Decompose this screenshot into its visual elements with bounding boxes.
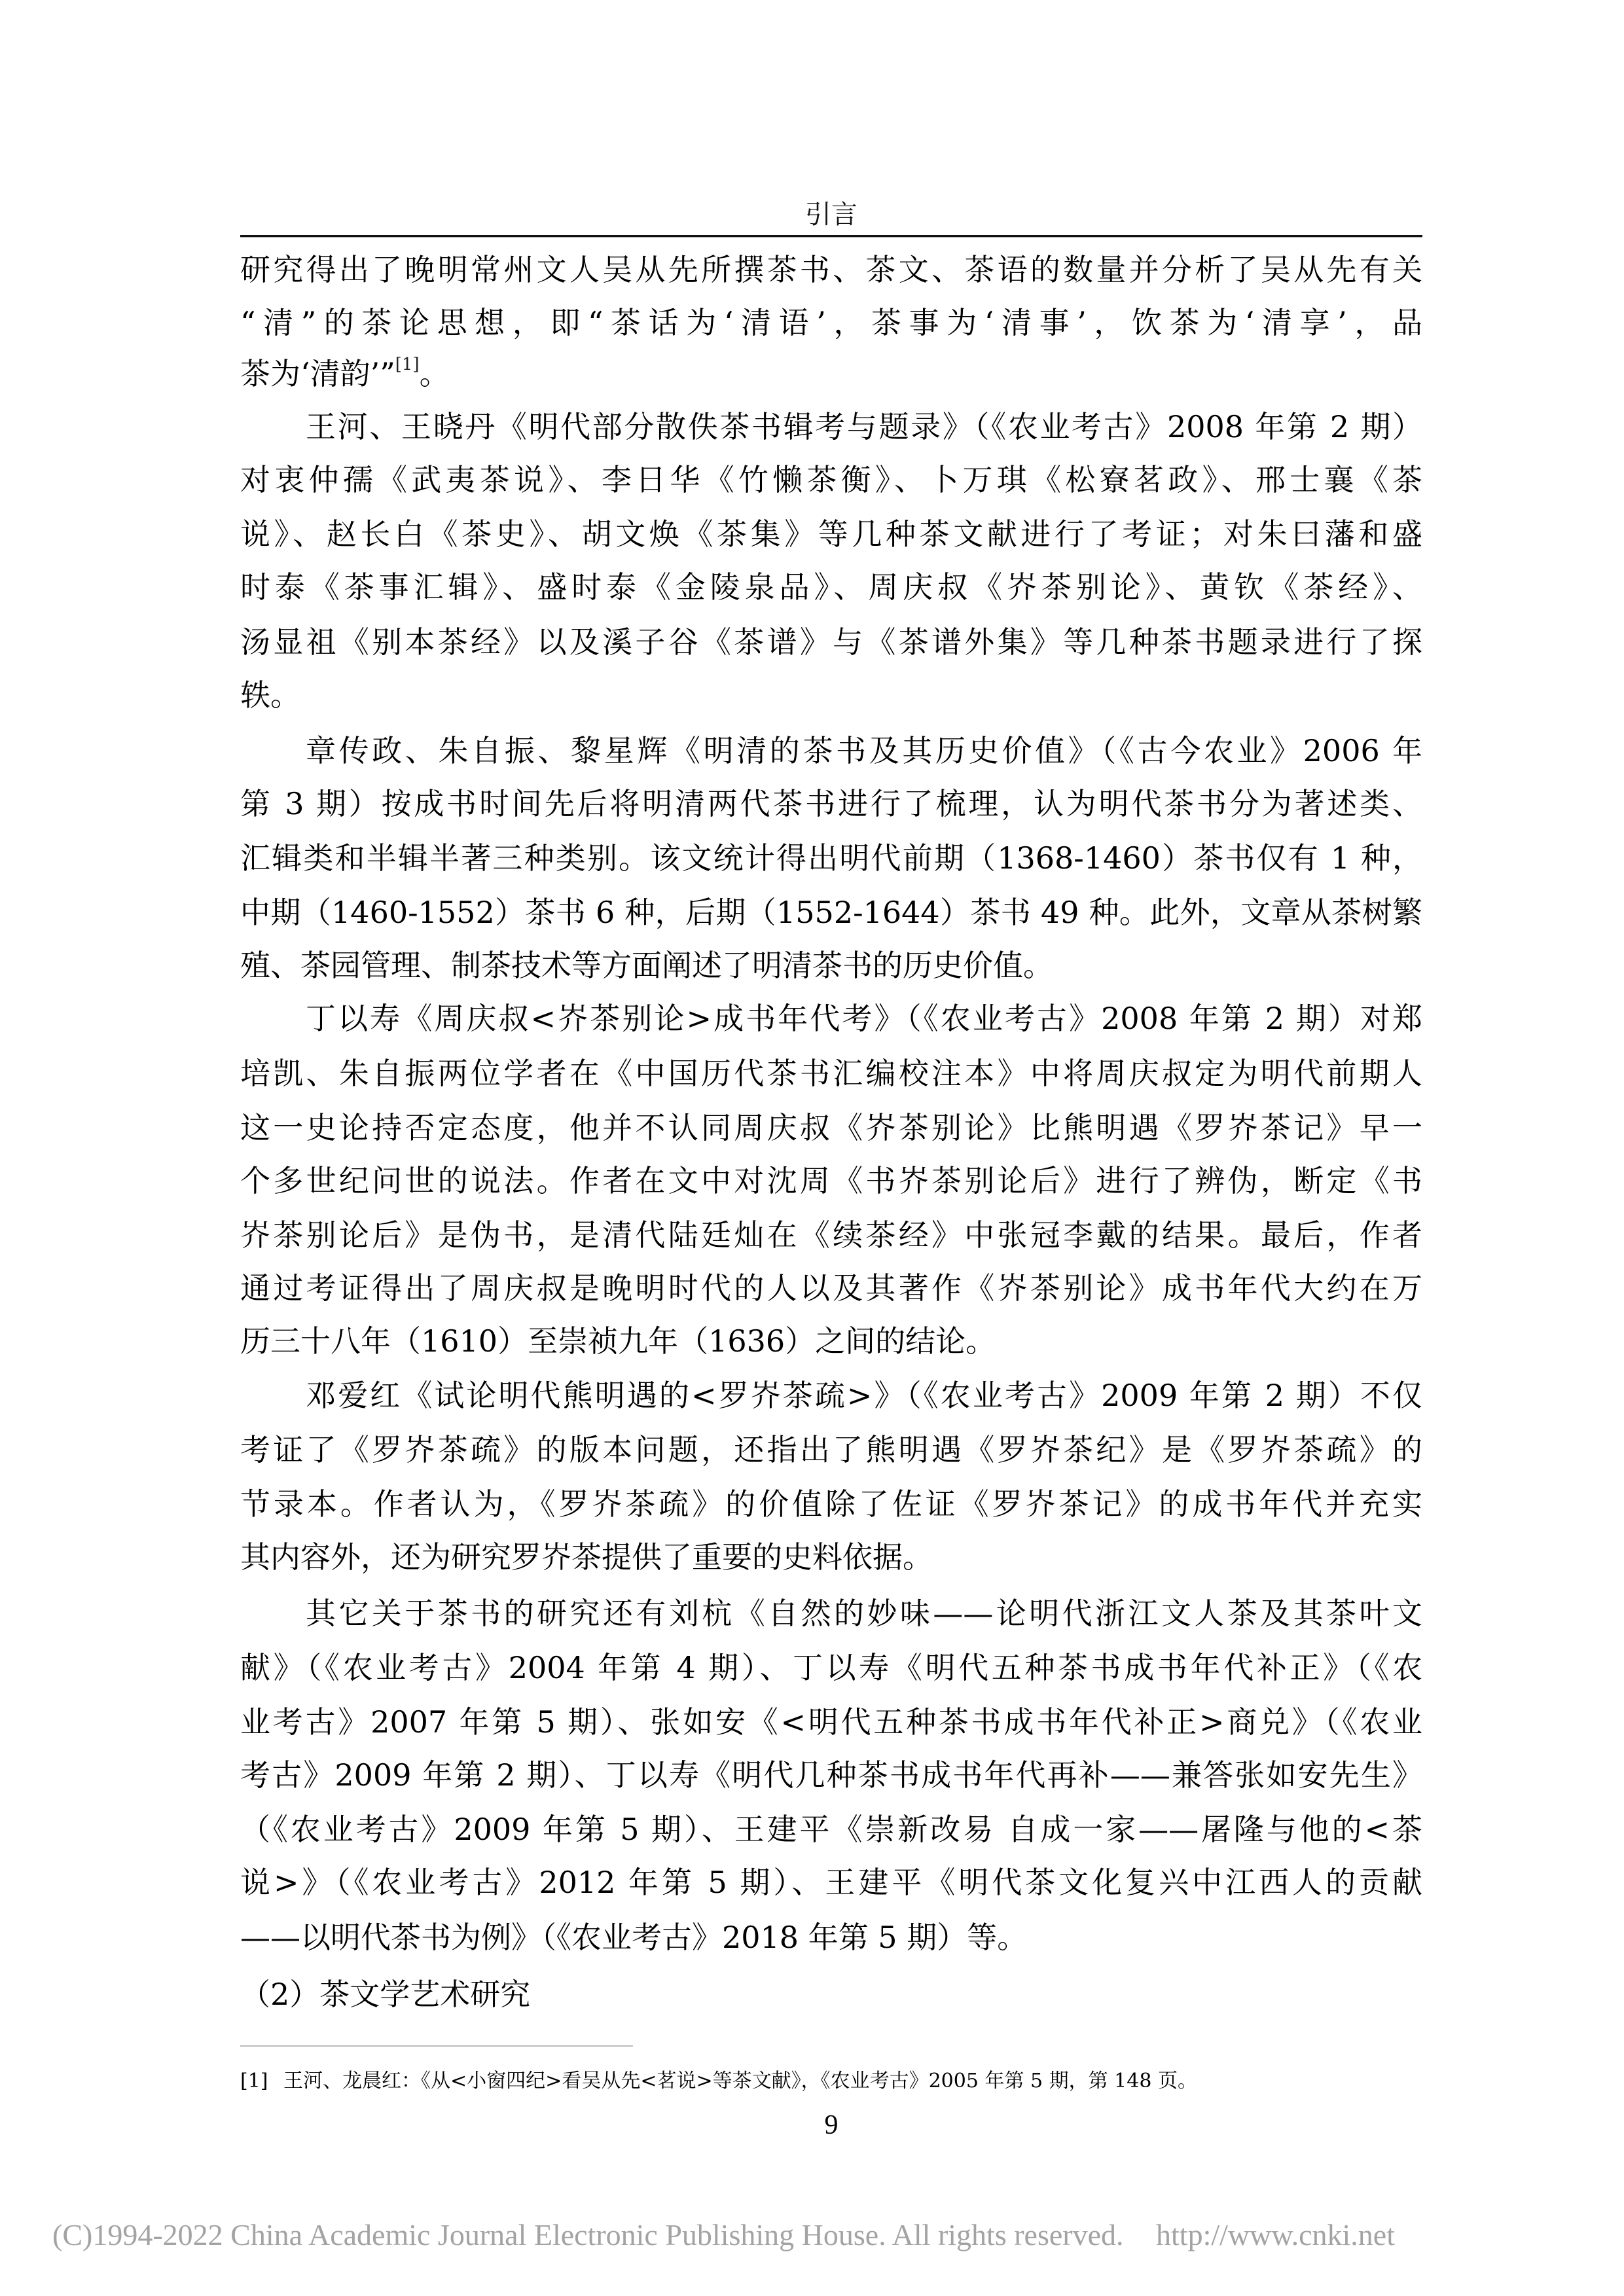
footnote-reference[interactable]: [1] xyxy=(395,355,420,374)
cnki-link[interactable]: http://www.cnki.net xyxy=(1156,2218,1395,2251)
body-line: 对衷仲孺《武夷茶说》、李日华《竹懒茶衡》、卜万琪《松寮茗政》、邢士襄《茶 xyxy=(240,460,1422,499)
body-line-text: 第 3 期）按成书时间先后将明清两代茶书进行了梳理，认为明代茶书分为著述类、 xyxy=(240,786,1422,821)
copyright-notice: (C)1994-2022 China Academic Journal Elec… xyxy=(52,2218,1124,2251)
body-line-text: 说》、赵长白《茶史》、胡文焕《茶集》等几种茶文献进行了考证；对朱曰藩和盛 xyxy=(240,516,1422,552)
body-line: 研究得出了晚明常州文人吴从先所撰茶书、茶文、茶语的数量并分析了吴从先有关 xyxy=(240,250,1422,289)
body-line-text: 茶为‘清韵’” xyxy=(240,356,395,391)
body-line: 历三十八年（1610）至崇祯九年（1636）之间的结论。 xyxy=(240,1321,1422,1361)
body-line-text: ——以明代茶书为例》（《农业考古》2018 年第 5 期）等。 xyxy=(240,1920,1027,1955)
body-line: ——以明代茶书为例》（《农业考古》2018 年第 5 期）等。 xyxy=(240,1918,1422,1957)
body-line-text: 个多世纪问世的说法。作者在文中对沈周《书岕茶别论后》进行了辨伪，断定《书 xyxy=(240,1163,1422,1198)
body-line: 轶。 xyxy=(240,675,1422,715)
body-line-text: 通过考证得出了周庆叔是晚明时代的人以及其著作《岕茶别论》成书年代大约在万 xyxy=(240,1270,1422,1306)
body-line-text: 轶。 xyxy=(240,677,300,713)
body-line: 汤显祖《别本茶经》以及溪子谷《茶谱》与《茶谱外集》等几种茶书题录进行了探 xyxy=(240,622,1422,662)
running-header-title: 引言 xyxy=(240,196,1422,233)
footnote-marker: [1] xyxy=(240,2070,268,2092)
body-line-text: 培凯、朱自振两位学者在《中国历代茶书汇编校注本》中将周庆叔定为明代前期人 xyxy=(240,1056,1422,1091)
body-line: 时泰《茶事汇辑》、盛时泰《金陵泉品》、周庆叔《岕茶别论》、黄钦《茶经》、 xyxy=(240,567,1422,607)
body-line: 献》（《农业考古》2004 年第 4 期）、丁以寿《明代五种茶书成书年代补正》（… xyxy=(240,1648,1422,1687)
body-line: （2）茶文学艺术研究 xyxy=(240,1975,1422,2014)
footnote-1: [1] 王河、龙晨红：《从<小窗四纪>看吴从先<茗说>等茶文献》，《农业考古》2… xyxy=(240,2067,1422,2096)
body-line: 说》、赵长白《茶史》、胡文焕《茶集》等几种茶文献进行了考证；对朱曰藩和盛 xyxy=(240,514,1422,554)
body-line: 其它关于茶书的研究还有刘杭《自然的妙味——论明代浙江文人茶及其茶叶文 xyxy=(306,1594,1422,1633)
body-line: 个多世纪问世的说法。作者在文中对沈周《书岕茶别论后》进行了辨伪，断定《书 xyxy=(240,1161,1422,1200)
body-line: 邓爱红《试论明代熊明遇的<罗岕茶疏>》（《农业考古》2009 年第 2 期）不仅 xyxy=(306,1376,1422,1415)
body-line-text: 章传政、朱自振、黎星辉《明清的茶书及其历史价值》（《古今农业》2006 年 xyxy=(306,733,1422,768)
body-line-text: 节录本。作者认为，《罗岕茶疏》的价值除了佐证《罗岕茶记》的成书年代并充实 xyxy=(240,1486,1422,1522)
body-line: 通过考证得出了周庆叔是晚明时代的人以及其著作《岕茶别论》成书年代大约在万 xyxy=(240,1268,1422,1308)
body-line-text: 业考古》2007 年第 5 期）、张如安《<明代五种茶书成书年代补正>商兑》（《… xyxy=(240,1704,1422,1740)
body-line: 岕茶别论后》是伪书，是清代陆廷灿在《续茶经》中张冠李戴的结果。最后，作者 xyxy=(240,1215,1422,1255)
body-line: 业考古》2007 年第 5 期）、张如安《<明代五种茶书成书年代补正>商兑》（《… xyxy=(240,1702,1422,1742)
body-line-text: 历三十八年（1610）至崇祯九年（1636）之间的结论。 xyxy=(240,1323,996,1359)
body-line: 说>》（《农业考古》2012 年第 5 期）、王建平《明代茶文化复兴中江西人的贡… xyxy=(240,1863,1422,1902)
page-number: 9 xyxy=(240,2109,1422,2142)
body-line-text: 这一史论持否定态度，他并不认同周庆叔《岕茶别论》比熊明遇《罗岕茶记》早一 xyxy=(240,1110,1422,1145)
body-line-text: 研究得出了晚明常州文人吴从先所撰茶书、茶文、茶语的数量并分析了吴从先有关 xyxy=(240,252,1422,287)
body-line: 考证了《罗岕茶疏》的版本问题，还指出了熊明遇《罗岕茶纪》是《罗岕茶疏》的 xyxy=(240,1430,1422,1469)
body-line-text: 考证了《罗岕茶疏》的版本问题，还指出了熊明遇《罗岕茶纪》是《罗岕茶疏》的 xyxy=(240,1432,1422,1467)
footnote-separator xyxy=(240,2045,633,2047)
body-line-text: （2）茶文学艺术研究 xyxy=(240,1977,530,2012)
body-line-text: （《农业考古》2009 年第 5 期）、王建平《崇新改易 自成一家——屠隆与他的… xyxy=(240,1812,1422,1847)
body-line: 王河、王晓丹《明代部分散佚茶书辑考与题录》（《农业考古》2008 年第 2 期） xyxy=(306,407,1422,446)
body-line: 其内容外，还为研究罗岕茶提供了重要的史料依据。 xyxy=(240,1537,1422,1577)
body-line-text: “清”的茶论思想，即“茶话为‘清语’，茶事为‘清事’，饮茶为‘清享’，品 xyxy=(240,305,1422,340)
body-line: “清”的茶论思想，即“茶话为‘清语’，茶事为‘清事’，饮茶为‘清享’，品 xyxy=(240,303,1422,342)
body-line: 茶为‘清韵’”[1]。 xyxy=(240,354,1422,393)
body-line: 丁以寿《周庆叔<岕茶别论>成书年代考》（《农业考古》2008 年第 2 期）对郑 xyxy=(306,999,1422,1038)
body-line-text: 其它关于茶书的研究还有刘杭《自然的妙味——论明代浙江文人茶及其茶叶文 xyxy=(306,1596,1422,1631)
document-page: 引言 研究得出了晚明常州文人吴从先所撰茶书、茶文、茶语的数量并分析了吴从先有关“… xyxy=(0,0,1624,2296)
body-line: 第 3 期）按成书时间先后将明清两代茶书进行了梳理，认为明代茶书分为著述类、 xyxy=(240,784,1422,823)
body-line: 培凯、朱自振两位学者在《中国历代茶书汇编校注本》中将周庆叔定为明代前期人 xyxy=(240,1054,1422,1093)
body-line-text: 其内容外，还为研究罗岕茶提供了重要的史料依据。 xyxy=(240,1539,933,1575)
footnote-text: 王河、龙晨红：《从<小窗四纪>看吴从先<茗说>等茶文献》，《农业考古》2005 … xyxy=(283,2070,1197,2092)
body-line: （《农业考古》2009 年第 5 期）、王建平《崇新改易 自成一家——屠隆与他的… xyxy=(240,1810,1422,1849)
body-line: 章传政、朱自振、黎星辉《明清的茶书及其历史价值》（《古今农业》2006 年 xyxy=(306,731,1422,770)
body-line-text: 岕茶别论后》是伪书，是清代陆廷灿在《续茶经》中张冠李戴的结果。最后，作者 xyxy=(240,1217,1422,1253)
body-line: 殖、茶园管理、制茶技术等方面阐述了明清茶书的历史价值。 xyxy=(240,946,1422,985)
body-line-text: 献》（《农业考古》2004 年第 4 期）、丁以寿《明代五种茶书成书年代补正》（… xyxy=(240,1650,1422,1685)
body-line-text: 邓爱红《试论明代熊明遇的<罗岕茶疏>》（《农业考古》2009 年第 2 期）不仅 xyxy=(306,1378,1422,1413)
body-line-text-tail: 。 xyxy=(420,356,450,391)
body-line-text: 中期（1460-1552）茶书 6 种，后期（1552-1644）茶书 49 种… xyxy=(240,895,1422,930)
body-line-text: 丁以寿《周庆叔<岕茶别论>成书年代考》（《农业考古》2008 年第 2 期）对郑 xyxy=(306,1001,1422,1036)
body-line-text: 王河、王晓丹《明代部分散佚茶书辑考与题录》（《农业考古》2008 年第 2 期） xyxy=(306,409,1422,444)
body-line-text: 说>》（《农业考古》2012 年第 5 期）、王建平《明代茶文化复兴中江西人的贡… xyxy=(240,1865,1422,1900)
body-line: 考古》2009 年第 2 期）、丁以寿《明代几种茶书成书年代再补——兼答张如安先… xyxy=(240,1755,1422,1795)
body-line-text: 对衷仲孺《武夷茶说》、李日华《竹懒茶衡》、卜万琪《松寮茗政》、邢士襄《茶 xyxy=(240,462,1422,497)
header-rule xyxy=(240,235,1422,238)
body-line-text: 汇辑类和半辑半著三种类别。该文统计得出明代前期（1368-1460）茶书仅有 1… xyxy=(240,840,1422,876)
body-line: 汇辑类和半辑半著三种类别。该文统计得出明代前期（1368-1460）茶书仅有 1… xyxy=(240,838,1422,878)
copyright-footer: (C)1994-2022 China Academic Journal Elec… xyxy=(52,2215,1395,2255)
body-line: 这一史论持否定态度，他并不认同周庆叔《岕茶别论》比熊明遇《罗岕茶记》早一 xyxy=(240,1108,1422,1147)
body-line-text: 汤显祖《别本茶经》以及溪子谷《茶谱》与《茶谱外集》等几种茶书题录进行了探 xyxy=(240,624,1422,660)
body-line-text: 殖、茶园管理、制茶技术等方面阐述了明清茶书的历史价值。 xyxy=(240,948,1053,983)
body-line-text: 考古》2009 年第 2 期）、丁以寿《明代几种茶书成书年代再补——兼答张如安先… xyxy=(240,1757,1422,1793)
body-line: 中期（1460-1552）茶书 6 种，后期（1552-1644）茶书 49 种… xyxy=(240,893,1422,932)
body-line-text: 时泰《茶事汇辑》、盛时泰《金陵泉品》、周庆叔《岕茶别论》、黄钦《茶经》、 xyxy=(240,569,1422,605)
body-line: 节录本。作者认为，《罗岕茶疏》的价值除了佐证《罗岕茶记》的成书年代并充实 xyxy=(240,1484,1422,1524)
